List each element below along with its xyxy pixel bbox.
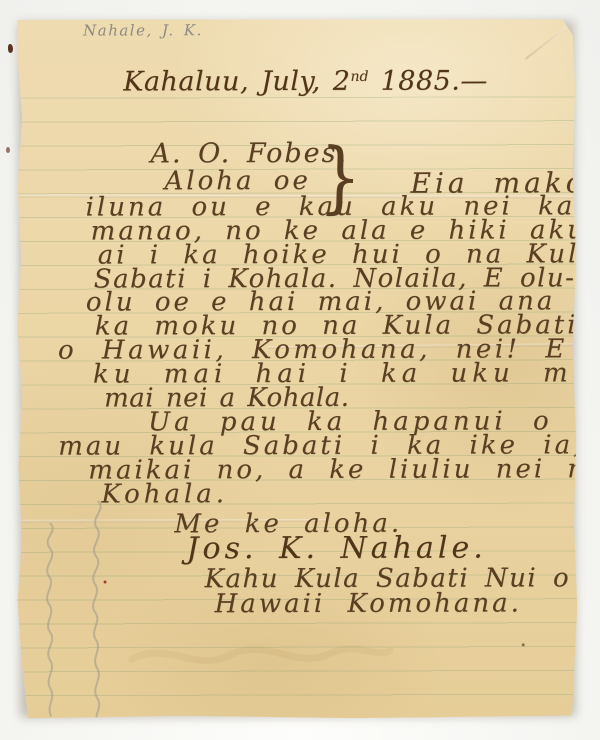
ink-ghost-smudge bbox=[127, 629, 397, 680]
edge-speck bbox=[8, 44, 13, 53]
signature: Jos. K. Nahale. bbox=[186, 532, 486, 566]
recipient-line: A. O. Fobes. bbox=[150, 139, 348, 169]
signature-title-line: Hawaii Komohana. bbox=[215, 589, 522, 618]
dateline-year: 1885.— bbox=[368, 65, 487, 96]
document-scan: Nahale, J. K. Kahaluu, July, 2nd 1885.— … bbox=[0, 0, 600, 740]
pencil-scribbles bbox=[34, 497, 145, 727]
dateline-main: Kahaluu, July, 2 bbox=[123, 66, 350, 98]
dateline: Kahaluu, July, 2nd 1885.— bbox=[123, 66, 488, 97]
letter-body-line: Kohala. bbox=[101, 480, 228, 509]
pencil-scribble-column-2 bbox=[93, 502, 101, 722]
pencil-scribble-column-1 bbox=[47, 524, 53, 716]
archival-note: Nahale, J. K. bbox=[83, 21, 203, 39]
letter-page: Nahale, J. K. Kahaluu, July, 2nd 1885.— … bbox=[15, 18, 578, 719]
edge-speck bbox=[6, 147, 10, 153]
dateline-ordinal: nd bbox=[350, 69, 368, 85]
